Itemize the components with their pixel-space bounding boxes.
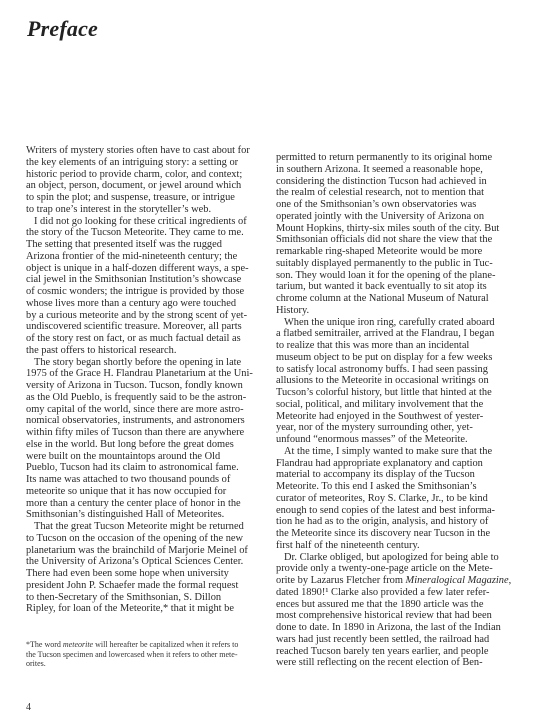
- text-line: Meteorite had enjoyed in the Southwest o…: [276, 411, 521, 423]
- text-line: were still reflecting on the recent elec…: [276, 657, 521, 669]
- text-line: were built on the mountaintops around th…: [26, 451, 271, 463]
- text-line: Pueblo, Tucson had its claim to astronom…: [26, 462, 271, 474]
- text-line: to trap one’s interest in the storytelle…: [26, 204, 271, 216]
- text-line: son. They would loan it for the opening …: [276, 270, 521, 282]
- page-title: Preface: [27, 16, 98, 42]
- text-line: Dr. Clarke obliged, but apologized for b…: [276, 552, 521, 564]
- text-line: done to date. In 1890 in Arizona, the la…: [276, 622, 521, 634]
- text-line: most comprehensive historical review tha…: [276, 610, 521, 622]
- text-line: omy capital of the world, since there ar…: [26, 404, 271, 416]
- text-line: Meteorite. To this end I asked the Smith…: [276, 481, 521, 493]
- page-number: 4: [26, 702, 31, 713]
- footnote: *The word meteorite will hereafter be ca…: [26, 640, 271, 669]
- text-line: tion he had as to the origin, analysis, …: [276, 516, 521, 528]
- text-line: else in the world. But long before the g…: [26, 439, 271, 451]
- text-line: wars had just recently been settled, the…: [276, 634, 521, 646]
- text-line: That the great Tucson Meteorite might be…: [26, 521, 271, 533]
- text-line: the Meteorite since its discovery near T…: [276, 528, 521, 540]
- text-line: by a curious meteorite and by the strong…: [26, 310, 271, 322]
- footnote-line: *The word meteorite will hereafter be ca…: [26, 640, 271, 650]
- text-line: one of the Smithsonian’s own observatori…: [276, 199, 521, 211]
- text-line: Its name was attached to two thousand po…: [26, 474, 271, 486]
- text-line: more than a century the center place of …: [26, 498, 271, 510]
- text-line: chrome column at the National Museum of …: [276, 293, 521, 305]
- text-line: year, nor of the mystery surrounding oth…: [276, 422, 521, 434]
- text-line: whose lives more than a century ago were…: [26, 298, 271, 310]
- text-line: the University of Arizona’s Optical Scie…: [26, 556, 271, 568]
- text-line: At the time, I simply wanted to make sur…: [276, 446, 521, 458]
- text-line: The setting that presented itself was th…: [26, 239, 271, 251]
- text-line: planetarium was the brainchild of Marjor…: [26, 545, 271, 557]
- text-line: undiscovered scientific treasure. Moreov…: [26, 321, 271, 333]
- text-line: reached Tucson barely ten years earlier,…: [276, 646, 521, 658]
- text-line: of the story rest on fact, or as much fa…: [26, 333, 271, 345]
- text-line: the past offers to historical research.: [26, 345, 271, 357]
- text-line: as the Old Pueblo, is frequently said to…: [26, 392, 271, 404]
- text-line: within fifty miles of Tucson than there …: [26, 427, 271, 439]
- text-line: historic period to provide charm, color,…: [26, 169, 271, 181]
- text-line: Mount Hopkins, thirty-six miles south of…: [276, 223, 521, 235]
- text-line: Smithsonian officials did not share the …: [276, 234, 521, 246]
- text-line: provide only a twenty-one-page article o…: [276, 563, 521, 575]
- footnote-line: the Tucson specimen and lowercased when …: [26, 650, 271, 660]
- text-line: material to accompany its display of the…: [276, 469, 521, 481]
- text-line: permitted to return permanently to its o…: [276, 152, 521, 164]
- text-line: of cosmic wonders; the intrigue is provi…: [26, 286, 271, 298]
- text-line: meteorite so unique that it has now occu…: [26, 486, 271, 498]
- text-line: orite by Lazarus Fletcher from Mineralog…: [276, 575, 521, 587]
- text-line: ences but assured me that the 1890 artic…: [276, 599, 521, 611]
- text-line: tarium, but wanted it back eventually to…: [276, 281, 521, 293]
- text-line: first half of the nineteenth century.: [276, 540, 521, 552]
- text-line: an object, person, document, or jewel ar…: [26, 180, 271, 192]
- text-line: object is unique in a half-dozen differe…: [26, 263, 271, 275]
- text-line: to Tucson on the occasion of the opening…: [26, 533, 271, 545]
- text-line: to then-Secretary of the Smithsonian, S.…: [26, 592, 271, 604]
- text-line: Flandrau had appropriate explanatory and…: [276, 458, 521, 470]
- text-line: cial jewel in the Smithsonian Institutio…: [26, 274, 271, 286]
- text-line: allusions to the Meteorite in occasional…: [276, 375, 521, 387]
- text-line: the key elements of an intriguing story:…: [26, 157, 271, 169]
- text-line: remarkable ring-shaped Meteorite would b…: [276, 246, 521, 258]
- right-column: permitted to return permanently to its o…: [276, 152, 521, 669]
- text-line: Ripley, for loan of the Meteorite,* that…: [26, 603, 271, 615]
- text-line: There had even been some hope when unive…: [26, 568, 271, 580]
- text-line: When the unique iron ring, carefully cra…: [276, 317, 521, 329]
- text-line: nomical observatories, instruments, and …: [26, 415, 271, 427]
- text-line: social, political, and military involvem…: [276, 399, 521, 411]
- text-line: 1975 of the Grace H. Flandrau Planetariu…: [26, 368, 271, 380]
- text-line: the realm of celestial research, not to …: [276, 187, 521, 199]
- text-line: a flatbed semitrailer, arrived at the Fl…: [276, 328, 521, 340]
- text-line: to spin the plot; and suspense, treasure…: [26, 192, 271, 204]
- left-column: Writers of mystery stories often have to…: [26, 145, 271, 615]
- text-line: versity of Arizona in Tucson. Tucson, fo…: [26, 380, 271, 392]
- text-line: Smithsonian’s distinguished Hall of Mete…: [26, 509, 271, 521]
- text-line: president John P. Schaefer made the form…: [26, 580, 271, 592]
- text-line: in southern Arizona. It seemed a reasona…: [276, 164, 521, 176]
- text-line: to satisfy local astronomy buffs. I had …: [276, 364, 521, 376]
- text-line: considering the distinction Tucson had a…: [276, 176, 521, 188]
- text-line: operated jointly with the University of …: [276, 211, 521, 223]
- text-line: History.: [276, 305, 521, 317]
- text-line: Writers of mystery stories often have to…: [26, 145, 271, 157]
- text-line: curator of meteorites, Roy S. Clarke, Jr…: [276, 493, 521, 505]
- text-line: dated 1890!¹ Clarke also provided a few …: [276, 587, 521, 599]
- text-line: the story of the Tucson Meteorite. They …: [26, 227, 271, 239]
- footnote-line: orites.: [26, 659, 271, 669]
- text-line: to realize that this was more than an in…: [276, 340, 521, 352]
- text-line: suitably displayed permanently to the pu…: [276, 258, 521, 270]
- text-line: The story began shortly before the openi…: [26, 357, 271, 369]
- text-line: I did not go looking for these critical …: [26, 216, 271, 228]
- text-line: enough to send copies of the latest and …: [276, 505, 521, 517]
- text-line: unfound “enormous masses” of the Meteori…: [276, 434, 521, 446]
- text-line: museum object to be put on display for a…: [276, 352, 521, 364]
- text-line: Tucson’s colorful history, but little th…: [276, 387, 521, 399]
- text-line: Arizona frontier of the mid-nineteenth c…: [26, 251, 271, 263]
